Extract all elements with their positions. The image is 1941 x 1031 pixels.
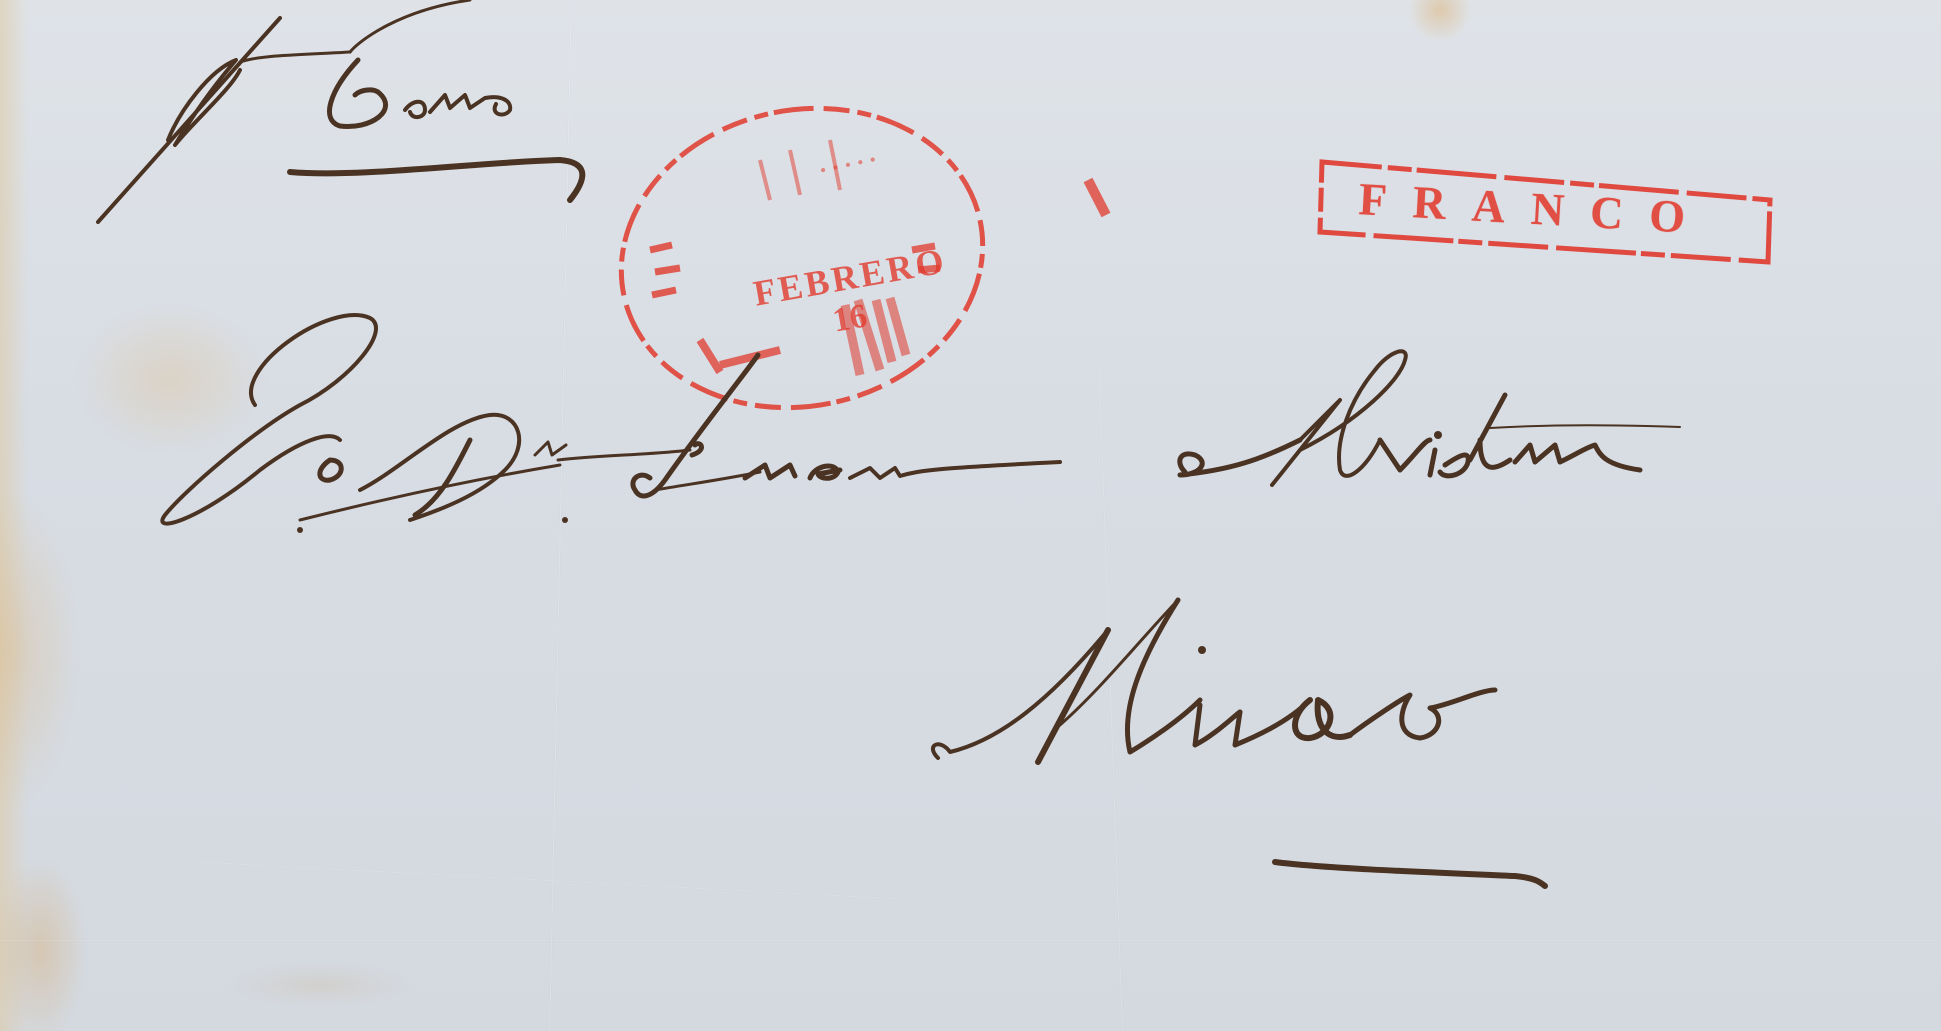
- city-handwriting: [933, 600, 1545, 886]
- last-name-handwriting: [1180, 351, 1680, 485]
- letter-cover: ····· FEBRERO 16 FRANCO: [0, 0, 1941, 1031]
- salutation-handwriting: [162, 315, 568, 533]
- first-name-handwriting: [558, 355, 1060, 496]
- manuscript-ink: [0, 0, 1941, 1031]
- routing-note-handwriting: [98, 0, 582, 222]
